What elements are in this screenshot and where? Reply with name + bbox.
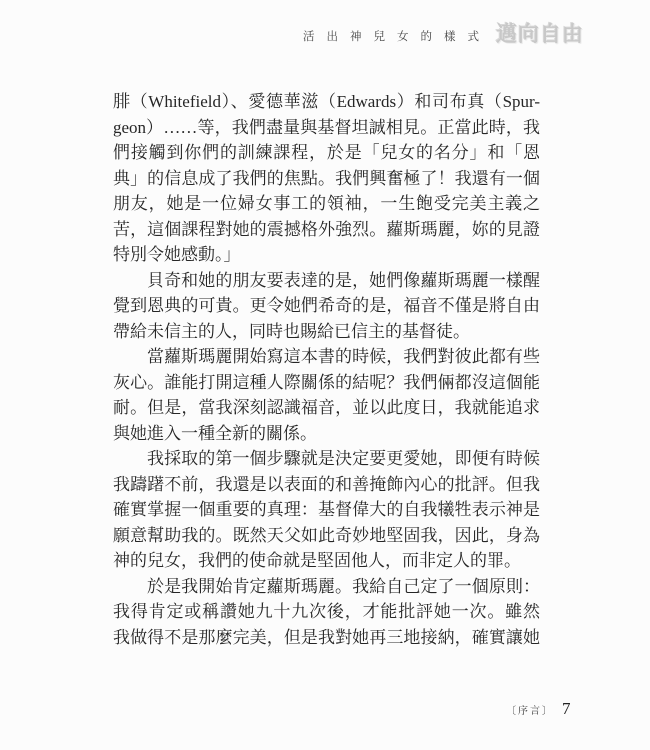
bracket-open: 〔 [506,706,518,717]
text-line: 我採取的第一個步驟就是決定要更愛她，即便有時候 [113,446,540,472]
text-line: 典」的信息成了我們的焦點。我們興奮極了！我還有一個 [113,166,540,192]
bracket-close: 〕 [542,706,554,717]
text-line: 與她進入一種全新的關係。 [113,421,540,447]
text-line: 於是我開始肯定蘿斯瑪麗。我給自己定了一個原則： [113,574,540,600]
text-line: 灰心。誰能打開這種人際關係的結呢？我們倆都沒這個能 [113,370,540,396]
text-line: 神的兒女，我們的使命就是堅固他人，而非定人的罪。 [113,548,540,574]
text-line: 帶給未信主的人，同時也賜給已信主的基督徒。 [113,319,540,345]
footer-page-number: 7 [562,699,571,719]
brand-logo: 邁向自由 [496,18,584,48]
page-footer: 〔序言〕 7 [506,699,571,719]
text-line: 我躊躇不前，我還是以表面的和善掩飾內心的批評。但我 [113,472,540,498]
body-text-block: 腓（Whitefield）、愛德華滋（Edwards）和司布真（Spur- ge… [113,89,540,650]
footer-section-label: 〔序言〕 [506,702,554,717]
text-line: 覺到恩典的可貴。更令她們希奇的是，福音不僅是將自由 [113,293,540,319]
text-line: 我做得不是那麼完美，但是我對她再三地接納，確實讓她 [113,625,540,651]
text-line: 苦，這個課程對她的震撼格外強烈。蘿斯瑪麗，妳的見證 [113,217,540,243]
running-header-title: 活出神兒女的樣式 [303,28,491,44]
text-line: 腓（Whitefield）、愛德華滋（Edwards）和司布真（Spur- [113,89,540,115]
text-line: 願意幫助我的。既然天父如此奇妙地堅固我，因此，身為 [113,523,540,549]
text-line: 當蘿斯瑪麗開始寫這本書的時候，我們對彼此都有些 [113,344,540,370]
text-line: 我得肯定或稱讚她九十九次後，才能批評她一次。雖然 [113,599,540,625]
text-line: 們接觸到你們的訓練課程，於是「兒女的名分」和「恩 [113,140,540,166]
text-line: 朋友，她是一位婦女事工的領袖，一生飽受完美主義之 [113,191,540,217]
text-line: geon）……等，我們盡量與基督坦誠相見。正當此時，我 [113,115,540,141]
text-line: 耐。但是，當我深刻認識福音，並以此度日，我就能追求 [113,395,540,421]
text-line: 特別令她感動。」 [113,242,540,268]
text-line: 確實掌握一個重要的真理：基督偉大的自我犧牲表示神是 [113,497,540,523]
text-line: 貝奇和她的朋友要表達的是，她們像蘿斯瑪麗一樣醒 [113,268,540,294]
section-label: 序言 [518,706,542,717]
book-page: 活出神兒女的樣式 邁向自由 腓（Whitefield）、愛德華滋（Edwards… [0,0,650,750]
